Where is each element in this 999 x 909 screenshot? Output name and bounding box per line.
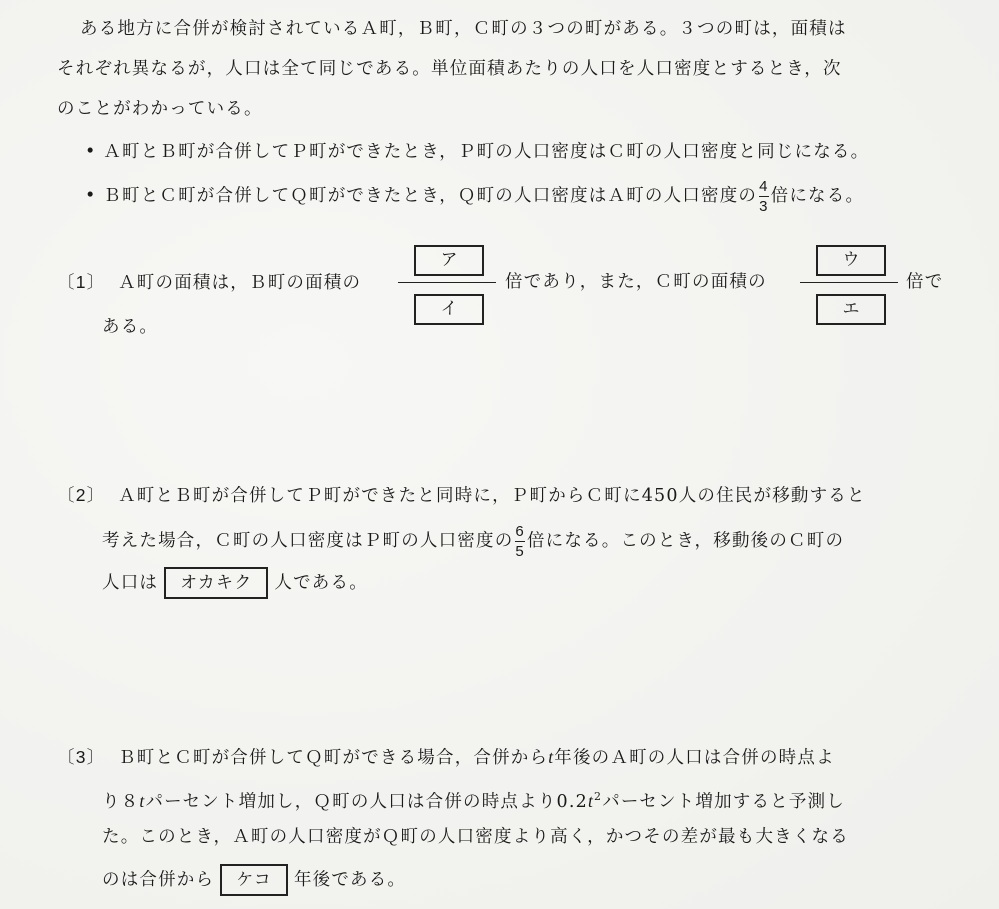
- fraction-4-3: 43: [759, 178, 769, 215]
- q1-line-2: ある。: [102, 315, 158, 339]
- condition-1-text: Ａ町とＢ町が合併してＰ町ができたとき，Ｐ町の人口密度はＣ町の人口密度と同じになる…: [103, 142, 869, 162]
- answer-box-i[interactable]: イ: [414, 294, 484, 325]
- q3-line-2-b: パーセント増加し，Ｑ町の人口は合併の時点より0.2: [145, 792, 587, 812]
- q3-line-3: た。このとき，Ａ町の人口密度がＱ町の人口密度より高く，かつその差が最も大きくなる: [102, 825, 849, 849]
- q1-label: 〔1〕: [57, 272, 105, 292]
- q1-text-a: Ａ町の面積は，Ｂ町の面積の: [118, 273, 361, 293]
- intro-line-3: のことがわかっている。: [57, 97, 263, 121]
- answer-box-keko[interactable]: ケコ: [220, 864, 288, 896]
- fraction-bar: [800, 282, 898, 283]
- condition-2-text-before: Ｂ町とＣ町が合併してＱ町ができたとき，Ｑ町の人口密度はＡ町の人口密度の: [103, 186, 757, 206]
- fraction-numerator: 6: [515, 523, 525, 540]
- q2-line-2-after: 倍になる。このとき，移動後のＣ町の: [527, 531, 844, 551]
- q3-line-1: 〔3〕 Ｂ町とＣ町が合併してＱ町ができる場合，合併からt年後のＡ町の人口は合併の…: [57, 745, 835, 770]
- fraction-denominator: 3: [759, 198, 769, 215]
- condition-2: • Ｂ町とＣ町が合併してＱ町ができたとき，Ｑ町の人口密度はＡ町の人口密度の43倍…: [85, 178, 864, 215]
- q2-line-1: 〔2〕 Ａ町とＢ町が合併してＰ町ができたと同時に，Ｐ町からＣ町に450人の住民が…: [57, 483, 866, 508]
- q3-line-4-after: 年後である。: [294, 870, 406, 890]
- q3-line-2: り８tパーセント増加し，Ｑ町の人口は合併の時点より0.2t2パーセント増加すると…: [102, 785, 845, 814]
- answer-box-e[interactable]: エ: [816, 294, 886, 325]
- q1-line-1: 〔1〕 Ａ町の面積は，Ｂ町の面積の: [57, 270, 361, 295]
- fraction-6-5: 65: [515, 523, 525, 560]
- condition-2-text-after: 倍になる。: [771, 186, 865, 206]
- q3-line-1-before: Ｂ町とＣ町が合併してＱ町ができる場合，合併から: [118, 748, 548, 768]
- condition-1: • Ａ町とＢ町が合併してＰ町ができたとき，Ｐ町の人口密度はＣ町の人口密度と同じに…: [85, 140, 869, 164]
- intro-line-2: それぞれ異なるが，人口は全て同じである。単位面積あたりの人口を人口密度とするとき…: [57, 57, 842, 81]
- q2-line-2: 考えた場合，Ｃ町の人口密度はＰ町の人口密度の65倍になる。このとき，移動後のＣ町…: [102, 523, 844, 560]
- exponent-2: 2: [594, 790, 602, 803]
- fraction-bar: [398, 282, 496, 283]
- q2-line-3-before: 人口は: [102, 573, 158, 593]
- exam-page: ある地方に合併が検討されているＡ町，Ｂ町，Ｃ町の３つの町がある。３つの町は，面積…: [0, 0, 999, 909]
- fraction-numerator: 4: [759, 178, 769, 195]
- q1-fraction-a: ア イ: [398, 245, 496, 335]
- q2-label: 〔2〕: [57, 485, 105, 505]
- bullet: •: [85, 142, 97, 162]
- q3-line-1-after: 年後のＡ町の人口は合併の時点よ: [554, 748, 835, 768]
- q3-line-4: のは合併からケコ年後である。: [102, 864, 406, 896]
- q3-line-4-before: のは合併から: [102, 870, 214, 890]
- q1-fraction-b: ウ エ: [800, 245, 898, 335]
- q2-line-1-text: Ａ町とＢ町が合併してＰ町ができたと同時に，Ｐ町からＣ町に450人の住民が移動する…: [118, 486, 866, 506]
- q1-text-c: 倍で: [906, 270, 943, 294]
- q3-line-2-c: パーセント増加すると予測し: [602, 792, 845, 812]
- q3-line-2-a: り８: [102, 792, 139, 812]
- q2-line-2-before: 考えた場合，Ｃ町の人口密度はＰ町の人口密度の: [102, 531, 513, 551]
- answer-box-okakiku[interactable]: オカキク: [164, 567, 268, 599]
- fraction-bar: [515, 541, 525, 542]
- fraction-bar: [759, 196, 769, 197]
- bullet: •: [85, 186, 97, 206]
- answer-box-u[interactable]: ウ: [816, 245, 886, 276]
- q1-text-b: 倍であり，また，Ｃ町の面積の: [505, 270, 767, 294]
- q2-line-3: 人口はオカキク人である。: [102, 567, 368, 599]
- answer-box-a[interactable]: ア: [414, 245, 484, 276]
- intro-line-1: ある地方に合併が検討されているＡ町，Ｂ町，Ｃ町の３つの町がある。３つの町は，面積…: [80, 17, 847, 41]
- fraction-denominator: 5: [515, 543, 525, 560]
- q2-line-3-after: 人である。: [274, 573, 368, 593]
- q3-label: 〔3〕: [57, 747, 105, 767]
